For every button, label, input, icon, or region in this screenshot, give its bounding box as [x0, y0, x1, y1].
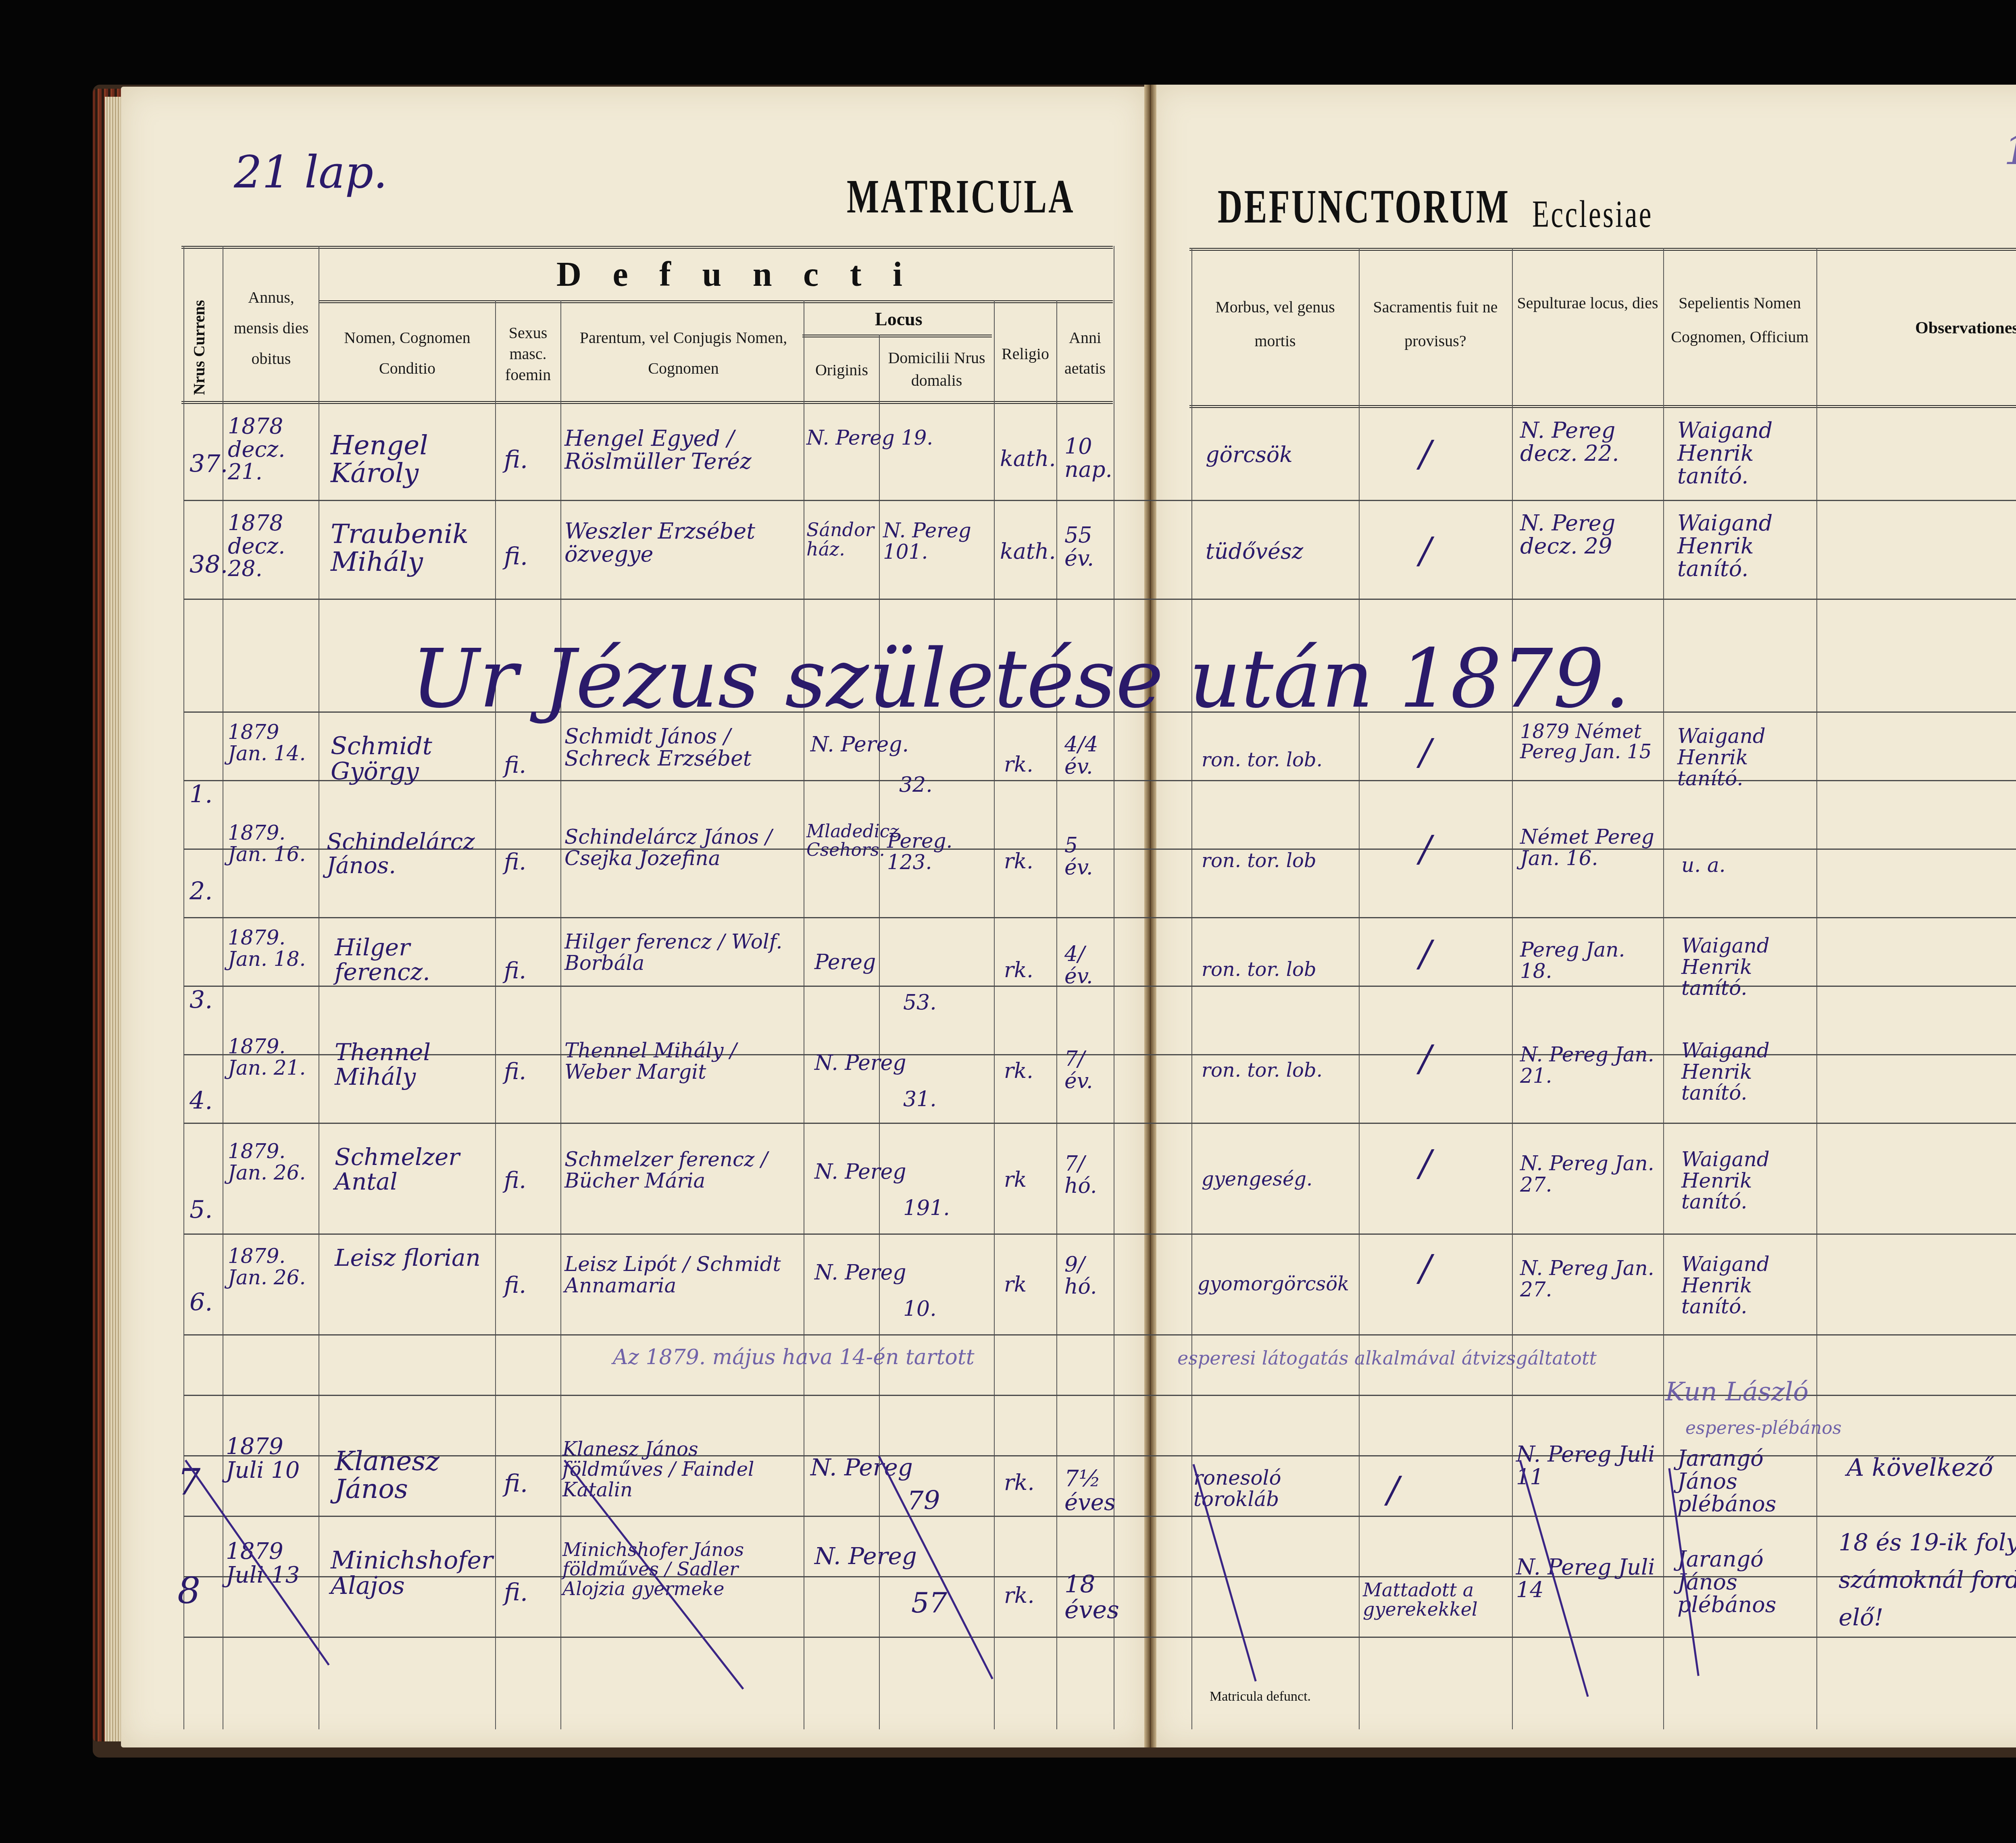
row-separator [183, 1234, 2016, 1235]
religion: rk. [1004, 1060, 1033, 1082]
row-number: 3. [190, 988, 212, 1013]
col-line [1512, 248, 1513, 1729]
cause-of-death: ron. tor. lob [1202, 851, 1316, 871]
sacraments-mark: / [1419, 1145, 1431, 1183]
burial-place-date: N. Pereg Jan. 27. [1520, 1153, 1657, 1195]
religion: kath. [1000, 447, 1056, 470]
burial-place-date: N. Pereg decz. 22. [1520, 419, 1657, 465]
domicile: Pereg. 123. [887, 830, 992, 873]
signature-name: Kun László [1665, 1379, 1808, 1406]
age: 4/4 év. [1064, 734, 1109, 778]
row-separator [183, 917, 2016, 918]
parents: Schmidt János / Schreck Erzsébet [564, 726, 802, 770]
visitation-note-left: Az 1879. május hava 14-én tartott [613, 1346, 975, 1369]
origin: N. Pereg [814, 1262, 906, 1284]
row-number: 7 [177, 1463, 200, 1502]
col-line [804, 300, 804, 1729]
header-religio: Religio [995, 339, 1056, 369]
religion: rk [1004, 1274, 1027, 1296]
row-separator [183, 1334, 2016, 1335]
death-date: 1879 Juli 10 [226, 1435, 314, 1483]
origin: N. Pereg [810, 1455, 913, 1480]
burier: Waigand Henrik tanító. [1677, 726, 1810, 789]
domicile: 79 [907, 1487, 940, 1514]
title-right: DEFUNCTORUM [1218, 179, 1510, 234]
deceased-name: Thennel Mihály [335, 1040, 492, 1089]
sex: fi. [504, 754, 526, 778]
header-nrus-currens: Nrus Currens [190, 300, 208, 395]
col-line [1191, 248, 1192, 1729]
col-line [1359, 248, 1360, 1729]
death-date: 1879. Jan. 26. [228, 1246, 312, 1288]
burier: Waigand Henrik tanító. [1681, 1149, 1810, 1213]
header-sepelientis: Sepelientis Nomen Cognomen, Officium [1665, 286, 1814, 354]
domicile: 53. [903, 992, 937, 1014]
parents: Klanesz János földműves / Faindel Katali… [562, 1439, 802, 1500]
age: 7½ éves [1064, 1467, 1109, 1515]
header-parentum: Parentum, vel Conjugis Nomen, Cognomen [564, 322, 802, 384]
burial-place-date: N. Pereg Jan. 27. [1520, 1258, 1657, 1300]
cause-of-death: gyomorgörcsök [1198, 1274, 1349, 1294]
sex: fi. [504, 851, 526, 874]
sacraments-mark: / [1419, 935, 1431, 974]
header-domicilii: Domicilii Nrus domalis [880, 347, 993, 392]
header-originis: Originis [804, 355, 879, 385]
religion: rk [1004, 1169, 1027, 1191]
col-line [994, 300, 995, 1729]
sex: fi. [504, 1580, 528, 1606]
deceased-name: Traubenik Mihály [331, 520, 492, 576]
origin: N. Pereg [814, 1544, 917, 1568]
row-number: 2. [190, 879, 212, 904]
domicile: 191. [903, 1197, 950, 1219]
burier: Jarangó János plébános [1677, 1548, 1810, 1616]
col-line [1056, 300, 1057, 1729]
col-line [1816, 248, 1817, 1729]
burial-place-date: Pereg Jan. 18. [1520, 939, 1657, 982]
right-page-note: 118 [2004, 129, 2016, 171]
row-number: 1. [190, 782, 212, 807]
origin: Pereg [814, 951, 876, 974]
deceased-name: Hengel Károly [331, 431, 492, 487]
book-gutter [1144, 85, 1156, 1747]
sacraments-mark: / [1387, 1471, 1399, 1510]
sex: fi. [504, 544, 528, 570]
header-sacramentis: Sacramentis fuit ne provisus? [1361, 290, 1510, 358]
cause-of-death: görcsök [1206, 443, 1293, 466]
age: 7/ hó. [1064, 1153, 1109, 1197]
death-date: 1879. Jan. 18. [228, 927, 312, 969]
visitation-note-right: esperesi látogatás alkalmával átvizsgált… [1177, 1348, 1597, 1368]
parents: Leisz Lipót / Schmidt Annamaria [564, 1254, 802, 1296]
parents: Weszler Erzsébet özvegye [564, 520, 802, 566]
row-number: 5. [190, 1197, 212, 1223]
left-page-note: 21 lap. [234, 149, 387, 196]
burier: Jarangó János plébános [1677, 1447, 1810, 1516]
sex: fi. [504, 1274, 526, 1298]
col-line [319, 246, 319, 1729]
row-separator [183, 1123, 2016, 1124]
table-top-border-right [1189, 248, 2016, 251]
header-defuncti: D e f u n c t i [556, 254, 914, 294]
religion: rk. [1004, 851, 1033, 873]
sex: fi. [504, 447, 528, 473]
cause-of-death: tüdővész [1206, 540, 1303, 563]
parents: Schmelzer ferencz / Bücher Mária [564, 1149, 802, 1191]
domicile: 57 [911, 1588, 947, 1618]
row-number: 6. [190, 1290, 212, 1315]
deceased-name: Leisz florian [335, 1246, 492, 1270]
title-left: MATRICULA [847, 169, 1075, 224]
deceased-name: Hilger ferencz. [335, 935, 492, 984]
burier: Waigand Henrik tanító. [1681, 1040, 1810, 1104]
domicile: 32. [899, 774, 933, 796]
origin: Sándor ház. [806, 520, 875, 559]
header-bottom-left [181, 401, 1113, 404]
death-date: 1878 decz. 28. [228, 512, 312, 580]
col-line [1663, 248, 1664, 1729]
death-date: 1879 Jan. 14. [228, 722, 312, 764]
sacraments-mark: / [1419, 435, 1431, 474]
sex: fi. [504, 959, 526, 983]
page-footer: Matricula defunct. [1210, 1689, 1311, 1704]
religion: rk. [1004, 1471, 1035, 1494]
cause-of-death: ron. tor. lob [1202, 959, 1316, 980]
origin: N. Pereg [814, 1052, 906, 1074]
deceased-name: Minichshofer Alajos [331, 1548, 492, 1599]
sex: fi. [504, 1169, 526, 1193]
header-locus: Locus [875, 308, 923, 330]
row-separator [183, 1637, 2016, 1638]
death-date: 1879. Jan. 21. [228, 1036, 312, 1078]
header-sepulturae: Sepulturae locus, dies [1514, 286, 1661, 320]
deceased-name: Schmidt György [331, 734, 492, 784]
row-number: 38. [190, 552, 228, 578]
age: 9/ hó. [1064, 1254, 1109, 1298]
religion: kath. [1000, 540, 1056, 563]
sacraments-mark: / [1419, 1040, 1431, 1078]
burier: Waigand Henrik tanító. [1681, 1254, 1810, 1317]
burier: Waigand Henrik tanító. [1677, 512, 1810, 580]
burial-place-date: 1879 Német Pereg Jan. 15 [1520, 722, 1661, 762]
cause-of-death: ron. tor. lob. [1202, 1060, 1322, 1080]
row-number: 8 [177, 1572, 200, 1610]
header-morbus: Morbus, vel genus mortis [1193, 290, 1357, 358]
title-right-suffix: Ecclesiae [1532, 191, 1653, 236]
col-line [183, 246, 184, 1729]
origin: Mladedicz Csehors. [806, 822, 877, 859]
header-sexus: Sexus masc. foemin [497, 322, 559, 385]
death-date: 1879. Jan. 16. [228, 822, 312, 865]
col-line [879, 335, 880, 1729]
table-top-border-left [181, 246, 1113, 249]
sacraments-mark: / [1419, 1250, 1431, 1288]
cause-of-death: gyengeség. [1202, 1169, 1312, 1189]
burial-place-date: N. Pereg decz. 29 [1520, 512, 1657, 557]
sex: fi. [504, 1471, 528, 1497]
domicile: 31. [903, 1088, 937, 1111]
sacraments-note: Mattadott a gyerekekkel [1363, 1580, 1508, 1619]
death-date: 1879. Jan. 26. [228, 1141, 312, 1183]
religion: rk. [1004, 1584, 1035, 1607]
header-anni: Anni aetatis [1057, 322, 1113, 384]
age: 7/ év. [1064, 1048, 1109, 1092]
parents: Hilger ferencz / Wolf. Borbála [564, 931, 802, 974]
cause-of-death: ronesoló torokláb [1193, 1467, 1355, 1510]
domicile: 10. [903, 1298, 937, 1320]
sacraments-mark: / [1419, 532, 1431, 570]
parents: Thennel Mihály / Weber Margit [564, 1040, 802, 1082]
age: 5 év. [1064, 834, 1109, 878]
origin: N. Pereg. [810, 734, 909, 756]
locus-divider [802, 335, 992, 337]
row-separator [183, 599, 2016, 600]
burial-place-date: N. Pereg Jan. 21. [1520, 1044, 1657, 1086]
sex: fi. [504, 1060, 526, 1084]
burial-place-date: N. Pereg Juli 11 [1516, 1443, 1657, 1489]
year-heading: Ur Jézus születése után 1879. [411, 637, 1630, 722]
header-annus: Annus, mensis dies obitus [226, 282, 317, 374]
burier: Waigand Henrik tanító. [1677, 419, 1810, 488]
row-number: 4. [190, 1088, 212, 1114]
age: 4/ év. [1064, 943, 1109, 987]
sacraments-mark: / [1419, 830, 1431, 869]
death-date: 1878 decz. 21. [228, 415, 312, 484]
header-bottom-right [1189, 405, 2016, 408]
religion: rk. [1004, 754, 1033, 776]
parents: Schindelárcz János / Csejka Jozefina [564, 826, 802, 869]
header-nomen: Nomen, Cognomen Conditio [323, 322, 492, 384]
parents: Hengel Egyed / Röslmüller Teréz [564, 427, 802, 473]
signature-title: esperes-plébános [1685, 1419, 1841, 1437]
age: 10 nap. [1064, 435, 1109, 481]
row-separator [183, 500, 2016, 501]
domicile: N. Pereg 19. [806, 427, 992, 449]
col-line [495, 300, 496, 1729]
deceased-name: Schindelárcz János. [327, 830, 492, 878]
col-line [560, 300, 561, 1729]
parents: Minichshofer János földműves / Sadler Al… [562, 1540, 802, 1598]
row-number: 37. [190, 451, 228, 477]
burier: Waigand Henrik tanító. [1681, 935, 1810, 999]
domicile: N. Pereg 101. [883, 520, 992, 562]
origin: N. Pereg [814, 1161, 906, 1183]
observation: A kövelkező [1847, 1455, 1993, 1481]
cause-of-death: ron. tor. lob. [1202, 750, 1322, 770]
deceased-name: Klanesz János [335, 1447, 492, 1503]
burial-place-date: Német Pereg Jan. 16. [1520, 826, 1661, 869]
burial-place-date: N. Pereg Juli 14 [1516, 1556, 1657, 1602]
age: 55 év. [1064, 524, 1109, 570]
deceased-name: Schmelzer Antal [335, 1145, 492, 1194]
age: 18 éves [1064, 1572, 1109, 1623]
burier: u. a. [1681, 855, 1726, 876]
religion: rk. [1004, 959, 1033, 982]
observation: 18 és 19-ik folyó számoknál fordítandó e… [1839, 1524, 2016, 1636]
sacraments-mark: / [1419, 734, 1431, 772]
header-observationes: Observationes [1915, 318, 2016, 338]
